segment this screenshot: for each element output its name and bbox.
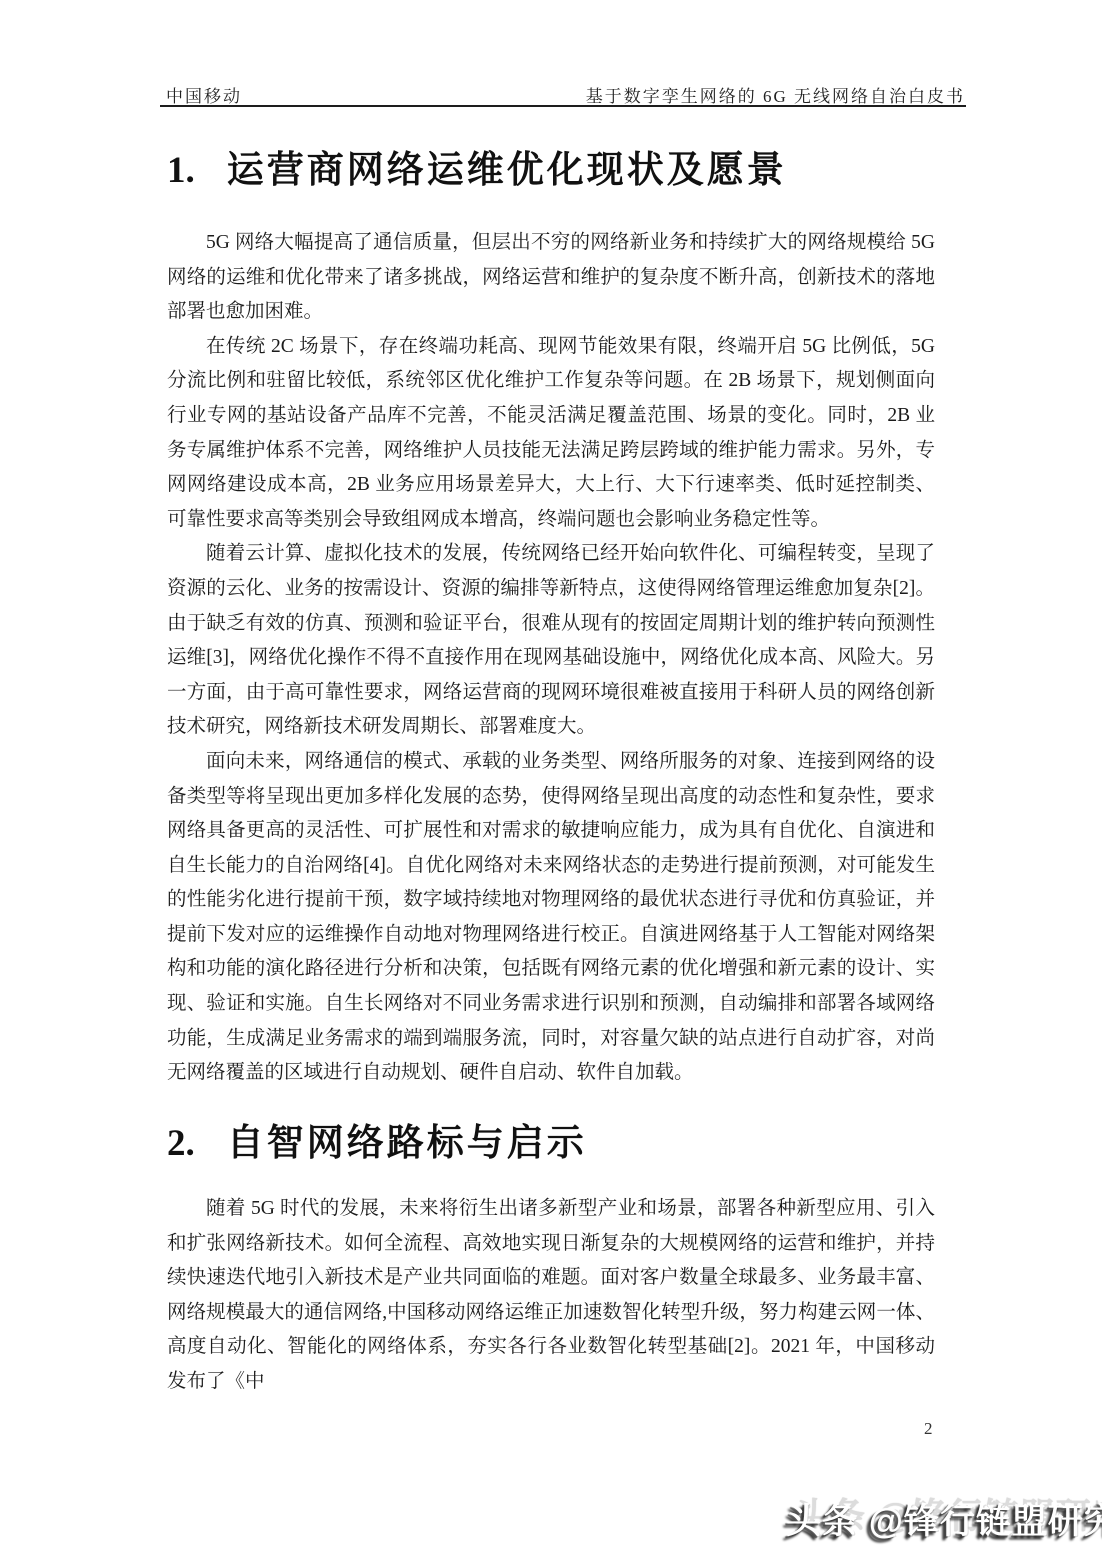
- page-header: 中国移动 基于数字孪生网络的 6G 无线网络自治白皮书: [166, 82, 965, 107]
- document-page: 中国移动 基于数字孪生网络的 6G 无线网络自治白皮书 1. 运营商网络运维优化…: [0, 0, 1102, 1559]
- section-2-title: 自智网络路标与启示: [227, 1112, 587, 1166]
- section-2-heading: 2. 自智网络路标与启示: [167, 1112, 587, 1166]
- section-2-number: 2.: [167, 1122, 195, 1165]
- paragraph: 在传统 2C 场景下，存在终端功耗高、现网节能效果有限，终端开启 5G 比例低，…: [167, 330, 935, 538]
- paragraph: 随着 5G 时代的发展，未来将衍生出诸多新型产业和场景，部署各种新型应用、引入和…: [167, 1192, 935, 1400]
- header-left-title: 中国移动: [166, 82, 242, 107]
- watermark: 头条 @锋行链盟研究院 头条 @锋行链盟研究院: [786, 1494, 1102, 1544]
- section-1-title: 运营商网络运维优化现状及愿景: [227, 139, 787, 193]
- section-1-body: 5G 网络大幅提高了通信质量，但层出不穷的网络新业务和持续扩大的网络规模给 5G…: [167, 226, 935, 1091]
- header-right-title: 基于数字孪生网络的 6G 无线网络自治白皮书: [586, 82, 965, 107]
- section-2-body: 随着 5G 时代的发展，未来将衍生出诸多新型产业和场景，部署各种新型应用、引入和…: [167, 1192, 935, 1400]
- header-divider: [160, 105, 966, 107]
- paragraph: 5G 网络大幅提高了通信质量，但层出不穷的网络新业务和持续扩大的网络规模给 5G…: [167, 226, 935, 330]
- watermark-text: 头条 @锋行链盟研究院: [786, 1502, 1102, 1541]
- paragraph: 面向未来，网络通信的模式、承载的业务类型、网络所服务的对象、连接到网络的设备类型…: [167, 745, 935, 1091]
- paragraph: 随着云计算、虚拟化技术的发展，传统网络已经开始向软件化、可编程转变，呈现了资源的…: [167, 537, 935, 745]
- page-number: 2: [924, 1419, 933, 1439]
- section-1-heading: 1. 运营商网络运维优化现状及愿景: [167, 139, 787, 193]
- section-1-number: 1.: [167, 149, 195, 192]
